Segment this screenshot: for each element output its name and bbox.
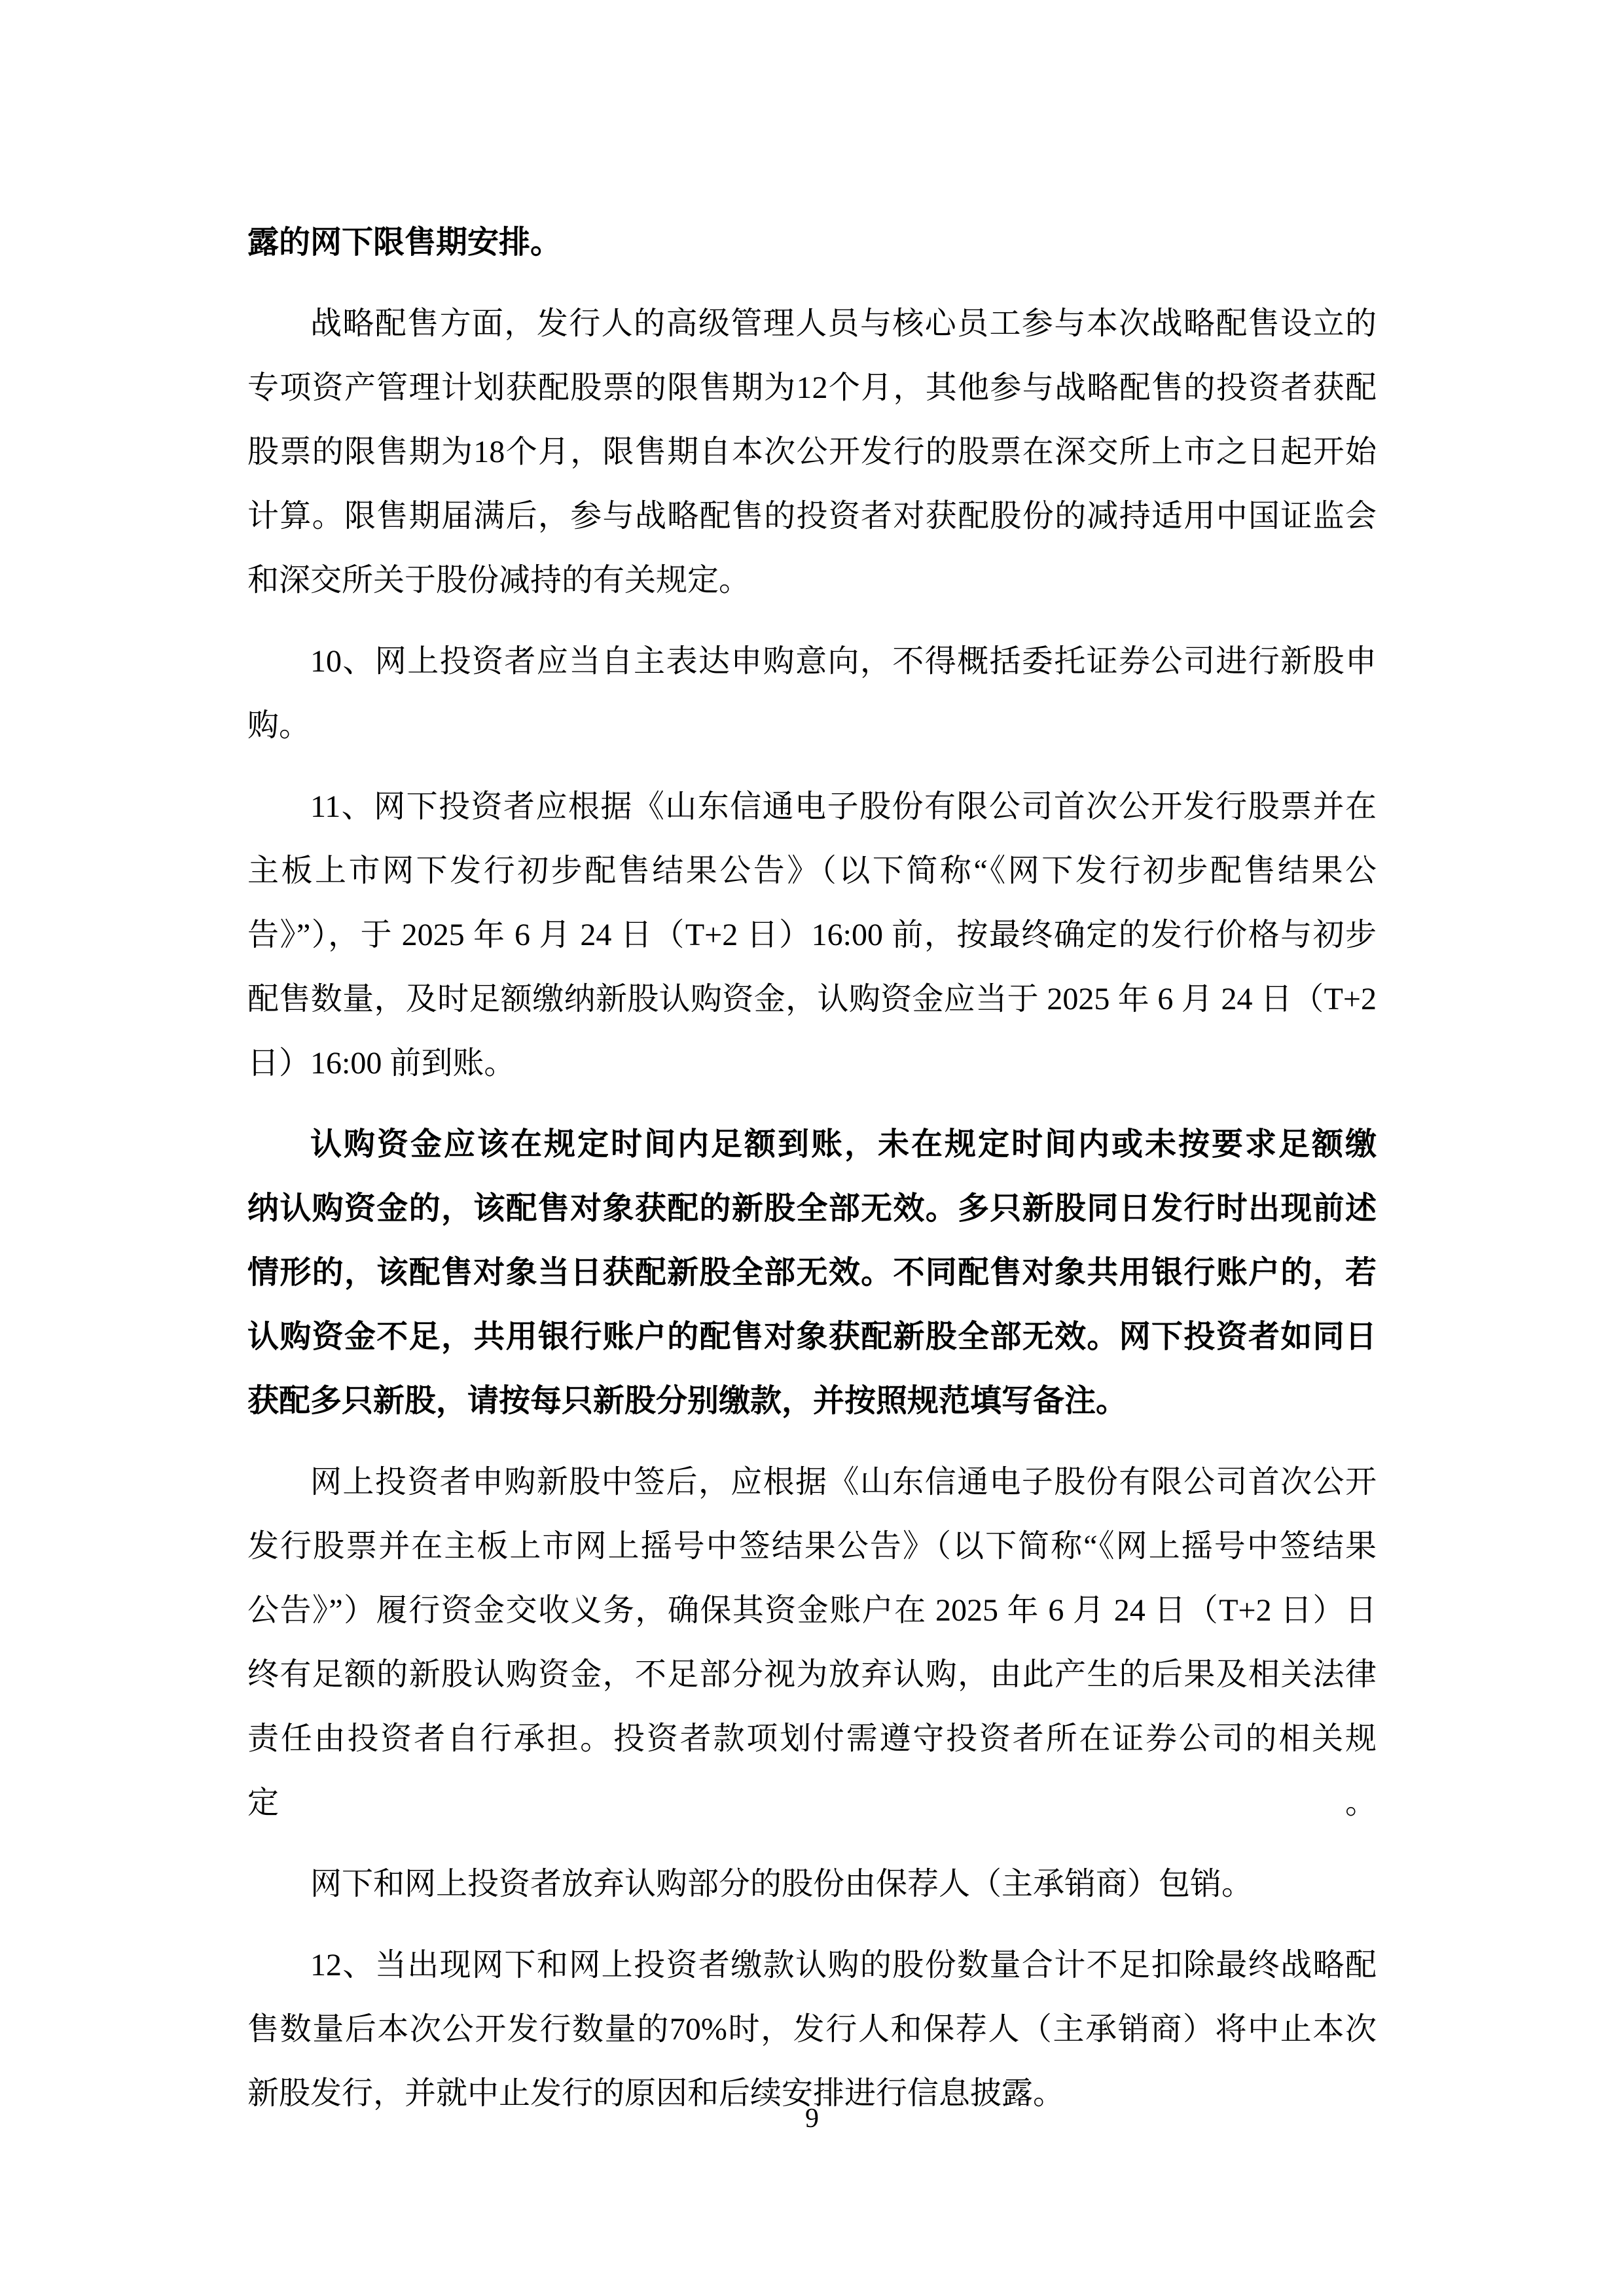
text-line: 公告》”）履行资金交收义务，确保其资金账户在 2025 年 6 月 24 日（T… <box>247 1579 1377 1643</box>
text-line: 12、当出现网下和网上投资者缴款认购的股份数量合计不足扣除最终战略配 <box>247 1933 1377 1998</box>
text-line: 专项资产管理计划获配股票的限售期为12个月，其他参与战略配售的投资者获配 <box>247 356 1377 420</box>
text-line: 终有足额的新股认购资金，不足部分视为放弃认购，由此产生的后果及相关法律 <box>247 1643 1377 1707</box>
text-line: 和深交所关于股份减持的有关规定。 <box>247 548 1377 613</box>
paragraph: 露的网下限售期安排。 <box>247 211 1377 275</box>
text-line: 露的网下限售期安排。 <box>247 211 1377 275</box>
text-line: 告》”），于 2025 年 6 月 24 日（T+2 日）16:00 前，按最终… <box>247 903 1377 967</box>
text-line: 认购资金应该在规定时间内足额到账，未在规定时间内或未按要求足额缴 <box>247 1113 1377 1177</box>
text-line: 售数量后本次公开发行数量的70%时，发行人和保荐人（主承销商）将中止本次 <box>247 1998 1377 2062</box>
document-page: 露的网下限售期安排。战略配售方面，发行人的高级管理人员与核心员工参与本次战略配售… <box>0 0 1624 2296</box>
text-line: 日）16:00 前到账。 <box>247 1031 1377 1096</box>
text-line: 购。 <box>247 694 1377 758</box>
document-body: 露的网下限售期安排。战略配售方面，发行人的高级管理人员与核心员工参与本次战略配售… <box>247 211 1377 2126</box>
text-line: 网上投资者申购新股中签后，应根据《山东信通电子股份有限公司首次公开 <box>247 1450 1377 1515</box>
paragraph: 11、网下投资者应根据《山东信通电子股份有限公司首次公开发行股票并在主板上市网下… <box>247 775 1377 1096</box>
page-number: 9 <box>805 2104 819 2134</box>
text-line: 认购资金不足，共用银行账户的配售对象获配新股全部无效。网下投资者如同日 <box>247 1305 1377 1369</box>
text-line: 10、网上投资者应当自主表达申购意向，不得概括委托证券公司进行新股申 <box>247 630 1377 694</box>
text-line: 获配多只新股，请按每只新股分别缴款，并按照规范填写备注。 <box>247 1369 1377 1433</box>
text-line: 股票的限售期为18个月，限售期自本次公开发行的股票在深交所上市之日起开始 <box>247 420 1377 484</box>
text-line: 责任由投资者自行承担。投资者款项划付需遵守投资者所在证券公司的相关规定。 <box>247 1707 1377 1835</box>
paragraph: 网下和网上投资者放弃认购部分的股份由保荐人（主承销商）包销。 <box>247 1852 1377 1916</box>
text-line: 11、网下投资者应根据《山东信通电子股份有限公司首次公开发行股票并在 <box>247 775 1377 839</box>
text-line: 战略配售方面，发行人的高级管理人员与核心员工参与本次战略配售设立的 <box>247 292 1377 356</box>
text-line: 纳认购资金的，该配售对象获配的新股全部无效。多只新股同日发行时出现前述 <box>247 1177 1377 1241</box>
paragraph: 12、当出现网下和网上投资者缴款认购的股份数量合计不足扣除最终战略配售数量后本次… <box>247 1933 1377 2126</box>
text-line: 发行股票并在主板上市网上摇号中签结果公告》（以下简称“《网上摇号中签结果 <box>247 1515 1377 1579</box>
text-line: 网下和网上投资者放弃认购部分的股份由保荐人（主承销商）包销。 <box>247 1852 1377 1916</box>
text-line: 计算。限售期届满后，参与战略配售的投资者对获配股份的减持适用中国证监会 <box>247 484 1377 548</box>
paragraph: 10、网上投资者应当自主表达申购意向，不得概括委托证券公司进行新股申购。 <box>247 630 1377 758</box>
paragraph: 战略配售方面，发行人的高级管理人员与核心员工参与本次战略配售设立的专项资产管理计… <box>247 292 1377 613</box>
paragraph: 认购资金应该在规定时间内足额到账，未在规定时间内或未按要求足额缴纳认购资金的，该… <box>247 1113 1377 1433</box>
text-line: 配售数量，及时足额缴纳新股认购资金，认购资金应当于 2025 年 6 月 24 … <box>247 967 1377 1031</box>
paragraph: 网上投资者申购新股中签后，应根据《山东信通电子股份有限公司首次公开发行股票并在主… <box>247 1450 1377 1835</box>
text-line: 主板上市网下发行初步配售结果公告》（以下简称“《网下发行初步配售结果公 <box>247 839 1377 903</box>
text-line: 情形的，该配售对象当日获配新股全部无效。不同配售对象共用银行账户的，若 <box>247 1241 1377 1305</box>
page-footer: 9 <box>0 2105 1624 2132</box>
